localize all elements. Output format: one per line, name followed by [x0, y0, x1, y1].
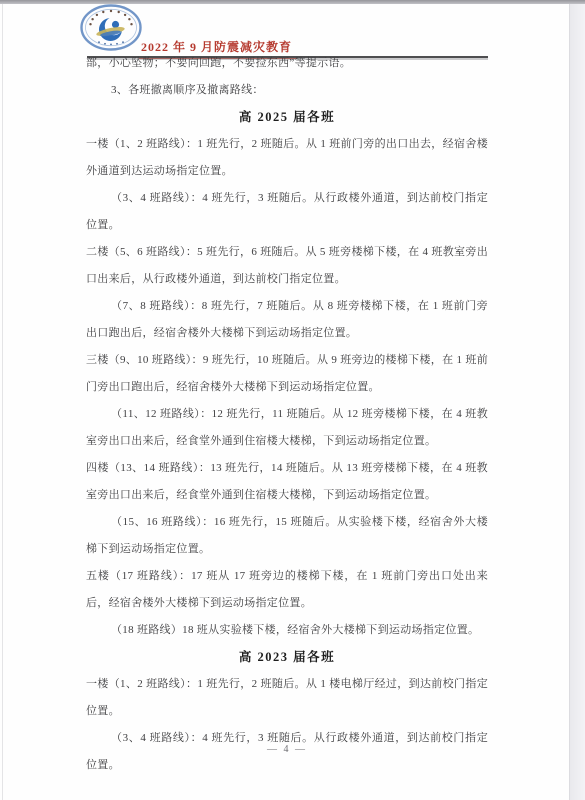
paragraph: （3、4 班路线）：4 班先行，3 班随后。从行政楼外通道，到达前校门指定位置。 — [86, 185, 488, 239]
paragraph: 一楼（1、2 班路线）：1 班先行，2 班随后。从 1 楼电梯厅经过，到达前校门… — [86, 671, 488, 725]
paragraph: 一楼（1、2 班路线）：1 班先行，2 班随后。从 1 班前门旁的出口出去，经宿… — [86, 131, 488, 185]
school-logo-icon — [79, 4, 143, 51]
paragraph: 五楼（17 班路线）：17 班从 17 班旁边的楼梯下楼，在 1 班前门旁出口处… — [86, 563, 488, 617]
photo-right-edge — [569, 0, 585, 800]
document-page: 2022 年 9 月防震减灾教育 部，小心坠物；不要向回跑，不要捡东西”等提示语… — [0, 0, 585, 800]
paragraph: （7、8 班路线）：8 班先行，7 班随后。从 8 班旁楼梯下楼，在 1 班前门… — [86, 293, 488, 347]
section-heading: 高 2025 届各班 — [86, 104, 488, 131]
document-body: 部，小心坠物；不要向回跑，不要捡东西”等提示语。 3、各班撤离顺序及撤离路线： … — [86, 50, 488, 779]
paragraph: 三楼（9、10 班路线）：9 班先行，10 班随后。从 9 班旁边的楼梯下楼，在… — [86, 347, 488, 401]
page-number: — 4 — — [86, 744, 488, 755]
section-heading: 高 2023 届各班 — [86, 644, 488, 671]
paragraph: 四楼（13、14 班路线）：13 班先行，14 班随后。从 13 班旁楼梯下楼，… — [86, 455, 488, 509]
paragraph: （15、16 班路线）：16 班先行，15 班随后。从实验楼下楼，经宿舍外大楼梯… — [86, 509, 488, 563]
photo-left-edge — [2, 0, 3, 800]
paragraph: （18 班路线）18 班从实验楼下楼，经宿舍外大楼梯下到运动场指定位置。 — [86, 617, 488, 644]
paragraph: （11、12 班路线）：12 班先行，11 班随后。从 12 班旁楼梯下楼，在 … — [86, 401, 488, 455]
paragraph: 3、各班撤离顺序及撤离路线： — [86, 77, 488, 104]
paragraph: 部，小心坠物；不要向回跑，不要捡东西”等提示语。 — [86, 50, 488, 77]
paragraph: 二楼（5、6 班路线）：5 班先行，6 班随后。从 5 班旁楼梯下楼，在 4 班… — [86, 239, 488, 293]
photo-top-edge — [0, 0, 585, 4]
